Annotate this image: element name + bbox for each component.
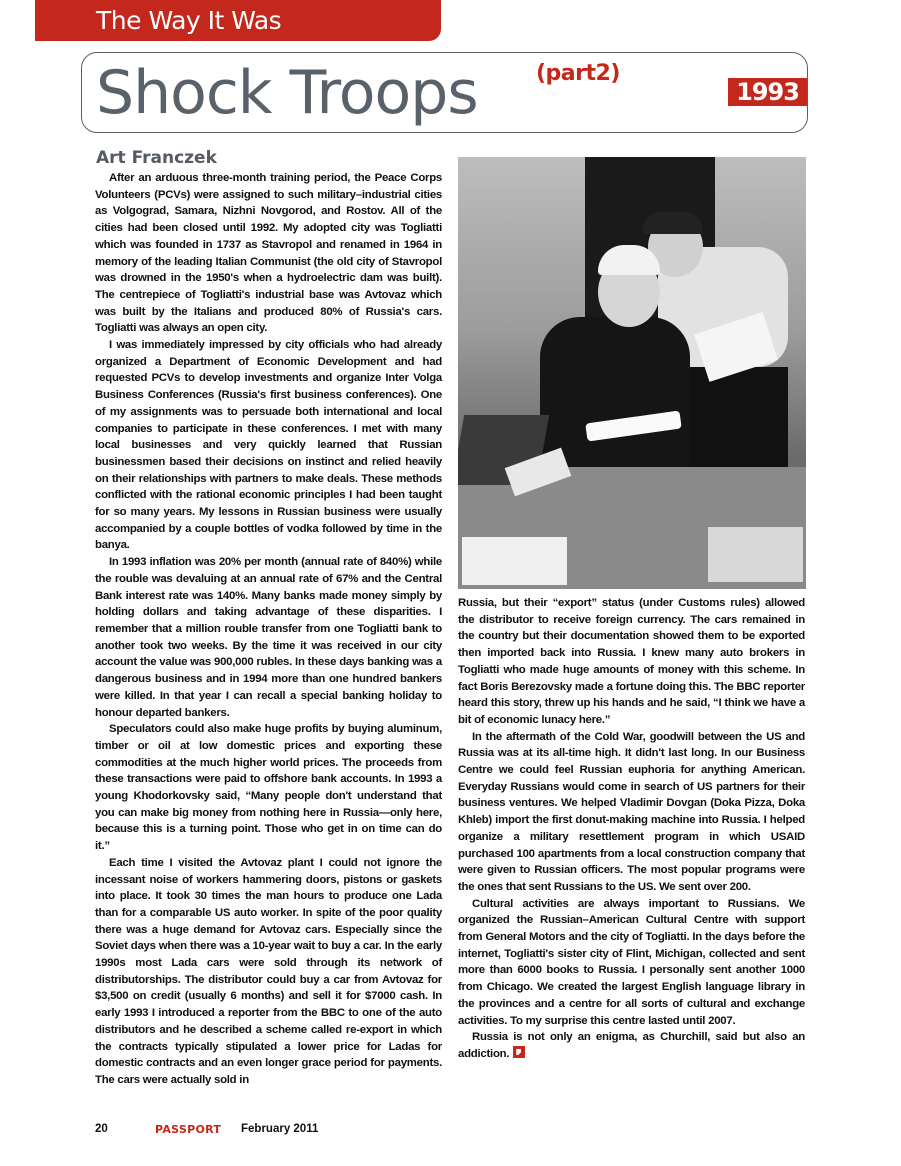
title-part-label: (part2) bbox=[536, 61, 620, 86]
paragraph: Russia, but their “export” status (under… bbox=[458, 595, 805, 729]
paragraph: After an arduous three-month training pe… bbox=[95, 170, 442, 337]
article-column-left: After an arduous three-month training pe… bbox=[95, 170, 442, 1089]
author-byline: Art Franczek bbox=[96, 148, 217, 168]
end-mark-icon bbox=[513, 1046, 525, 1058]
paragraph: I was immediately impressed by city offi… bbox=[95, 337, 442, 554]
page-number: 20 bbox=[95, 1123, 108, 1135]
photo-book-stack bbox=[708, 527, 803, 582]
title-box: Shock Troops (part2) bbox=[81, 52, 808, 133]
paragraph: In 1993 inflation was 20% per month (ann… bbox=[95, 554, 442, 721]
paragraph: Each time I visited the Avtovaz plant I … bbox=[95, 855, 442, 1089]
paragraph: Speculators could also make huge profits… bbox=[95, 721, 442, 855]
photo-papers bbox=[462, 537, 567, 585]
issue-date: February 2011 bbox=[241, 1123, 318, 1135]
section-banner: The Way It Was bbox=[35, 0, 441, 41]
article-column-right: Russia, but their “export” status (under… bbox=[458, 595, 805, 1063]
photo-figure-right-hair bbox=[643, 212, 703, 234]
page-title: Shock Troops bbox=[96, 53, 478, 133]
paragraph: Cultural activities are always important… bbox=[458, 896, 805, 1030]
paragraph-text: Russia is not only an enigma, as Churchi… bbox=[458, 1031, 805, 1060]
year-badge: 1993 bbox=[728, 78, 807, 106]
paragraph-final: Russia is not only an enigma, as Churchi… bbox=[458, 1029, 805, 1062]
article-photo bbox=[458, 157, 806, 589]
magazine-name: PASSPORT bbox=[155, 1123, 221, 1136]
paragraph: In the aftermath of the Cold War, goodwi… bbox=[458, 729, 805, 896]
section-label: The Way It Was bbox=[96, 6, 281, 35]
